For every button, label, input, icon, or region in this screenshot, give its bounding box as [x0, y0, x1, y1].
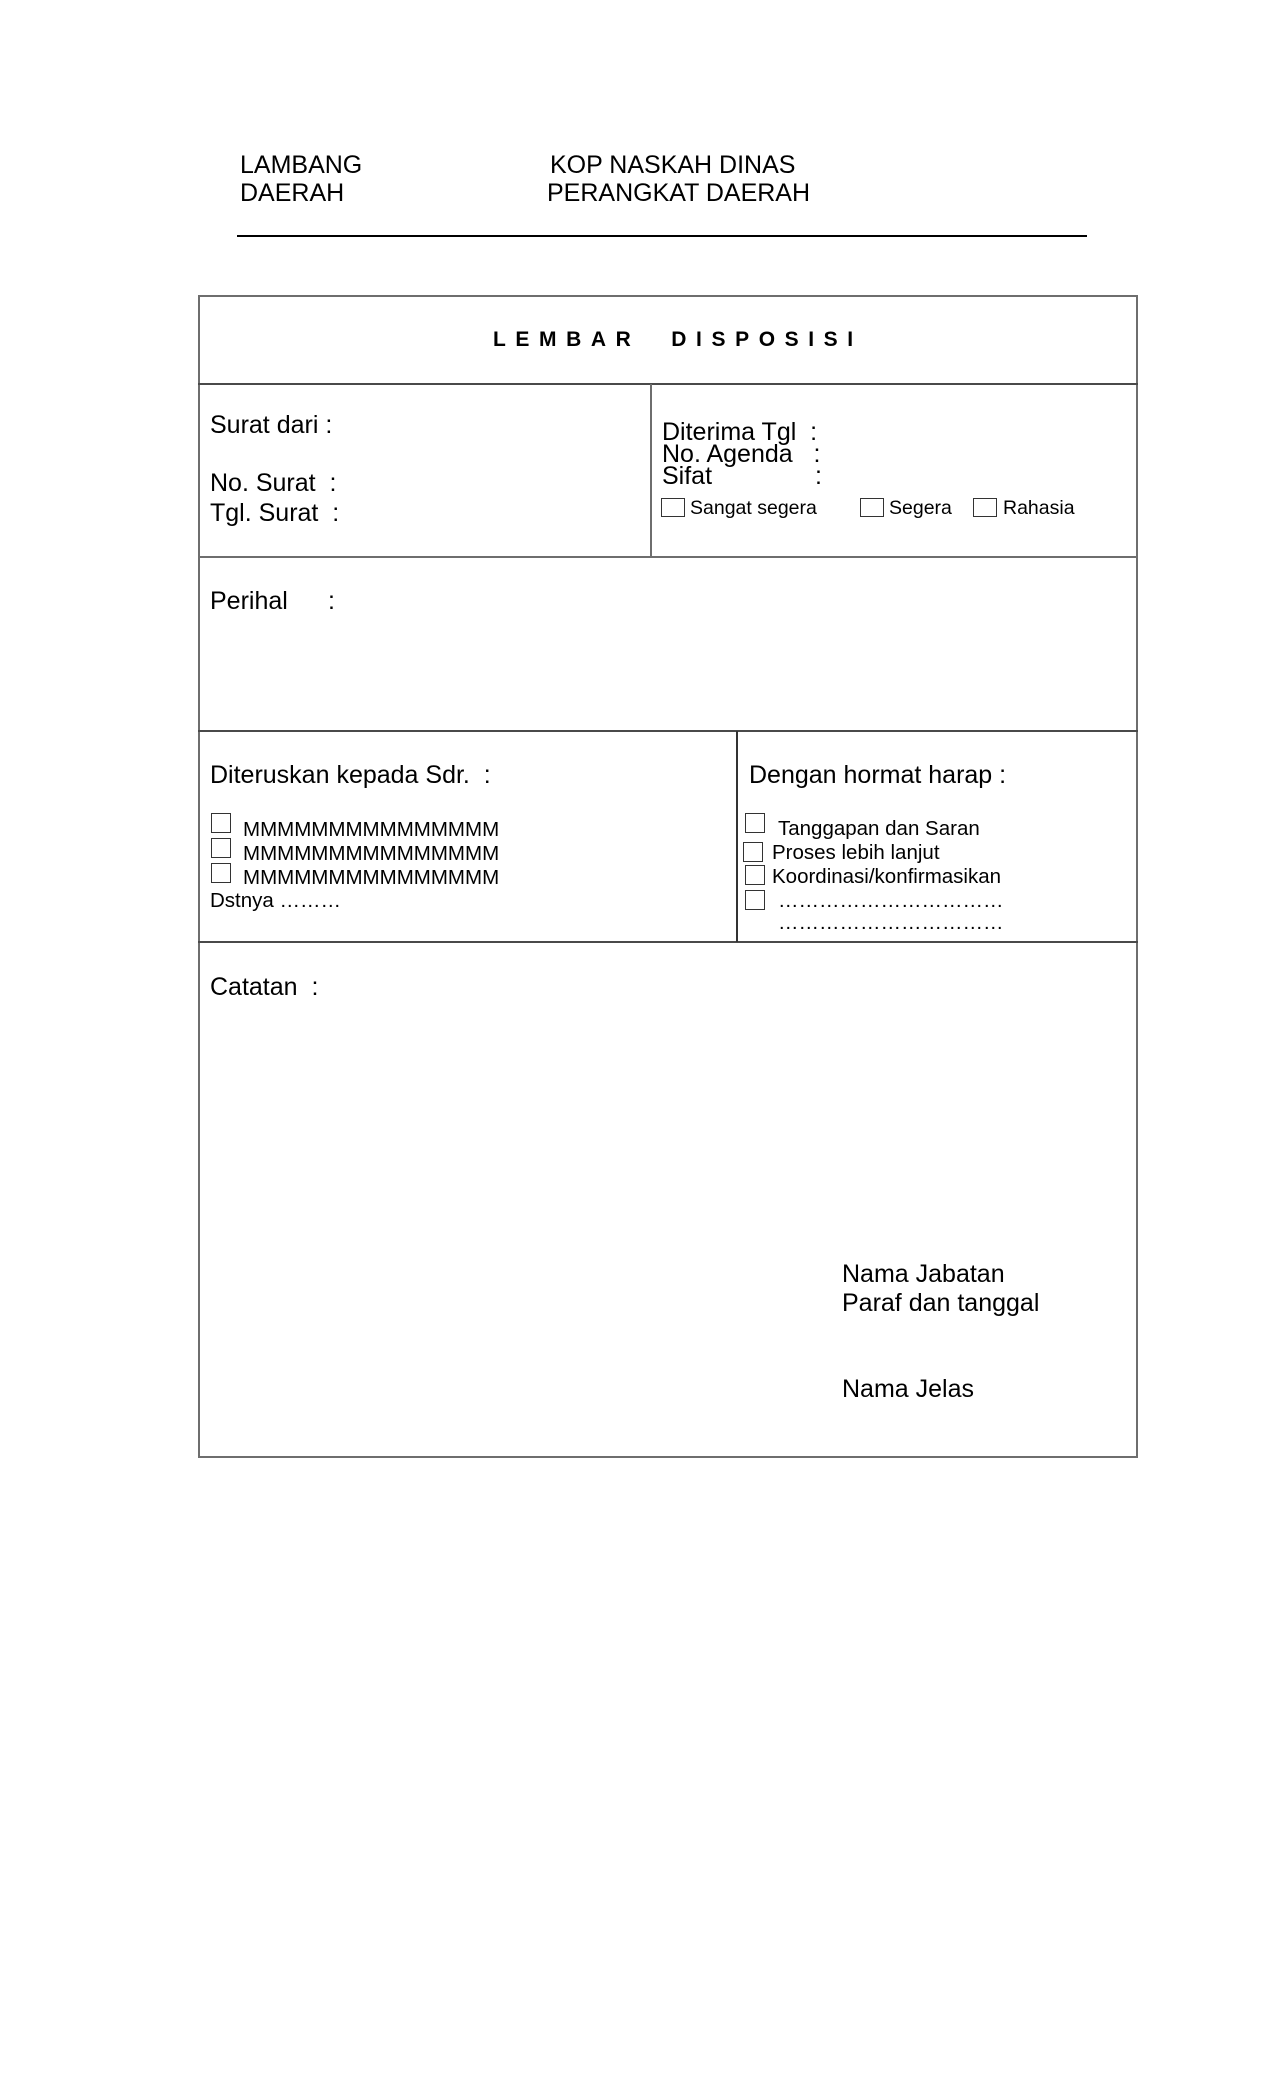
sifat-colon: :	[815, 464, 822, 489]
other-request-checkbox[interactable]	[745, 890, 765, 910]
perihal-label: Perihal	[210, 589, 288, 614]
proses-checkbox[interactable]	[743, 842, 763, 862]
letterhead-divider	[237, 235, 1087, 237]
row-divider-title	[198, 383, 1138, 385]
other-request-line-2: ……………………………	[778, 913, 1004, 934]
row-divider-forward	[198, 941, 1138, 943]
tanggapan-label: Tanggapan dan Saran	[778, 819, 980, 840]
sangat-segera-checkbox[interactable]	[661, 498, 685, 517]
row-divider-perihal	[198, 730, 1138, 732]
row-divider-letter	[198, 556, 1138, 558]
koordinasi-checkbox[interactable]	[745, 865, 765, 885]
other-request-line: ……………………………	[778, 891, 1004, 912]
position-name-label: Nama Jabatan	[842, 1262, 1005, 1287]
form-title: LEMBAR DISPOSISI	[493, 329, 863, 350]
notes-label: Catatan :	[210, 975, 318, 1000]
surat-dari-label: Surat dari :	[210, 413, 332, 438]
letterhead-title-line1: KOP NASKAH DINAS	[550, 153, 795, 178]
koordinasi-label: Koordinasi/konfirmasikan	[772, 867, 1001, 888]
column-divider-letter	[650, 384, 652, 557]
perihal-colon: :	[328, 589, 335, 614]
recipient-more-label: Dstnya ………	[210, 891, 341, 912]
segera-checkbox[interactable]	[860, 498, 884, 517]
segera-label: Segera	[889, 499, 952, 519]
forward-to-label: Diteruskan kepada Sdr. :	[210, 763, 491, 788]
recipient-3-label: MMMMMMMMMMMMMMM	[243, 868, 499, 889]
sifat-label: Sifat	[662, 464, 712, 489]
rahasia-checkbox[interactable]	[973, 498, 997, 517]
emblem-label-line1: LAMBANG	[240, 153, 362, 178]
tanggapan-checkbox[interactable]	[745, 813, 765, 833]
tgl-surat-label: Tgl. Surat :	[210, 501, 339, 526]
recipient-1-checkbox[interactable]	[211, 813, 231, 833]
no-surat-label: No. Surat :	[210, 471, 336, 496]
column-divider-forward	[736, 731, 738, 942]
emblem-label-line2: DAERAH	[240, 181, 344, 206]
rahasia-label: Rahasia	[1003, 499, 1075, 519]
full-name-label: Nama Jelas	[842, 1377, 974, 1402]
proses-label: Proses lebih lanjut	[772, 843, 940, 864]
recipient-2-label: MMMMMMMMMMMMMMM	[243, 844, 499, 865]
recipient-3-checkbox[interactable]	[211, 863, 231, 883]
initial-date-label: Paraf dan tanggal	[842, 1291, 1039, 1316]
recipient-1-label: MMMMMMMMMMMMMMM	[243, 820, 499, 841]
letterhead-title-line2: PERANGKAT DAERAH	[547, 181, 810, 206]
request-label: Dengan hormat harap :	[749, 763, 1006, 788]
sangat-segera-label: Sangat segera	[690, 499, 817, 519]
recipient-2-checkbox[interactable]	[211, 838, 231, 858]
